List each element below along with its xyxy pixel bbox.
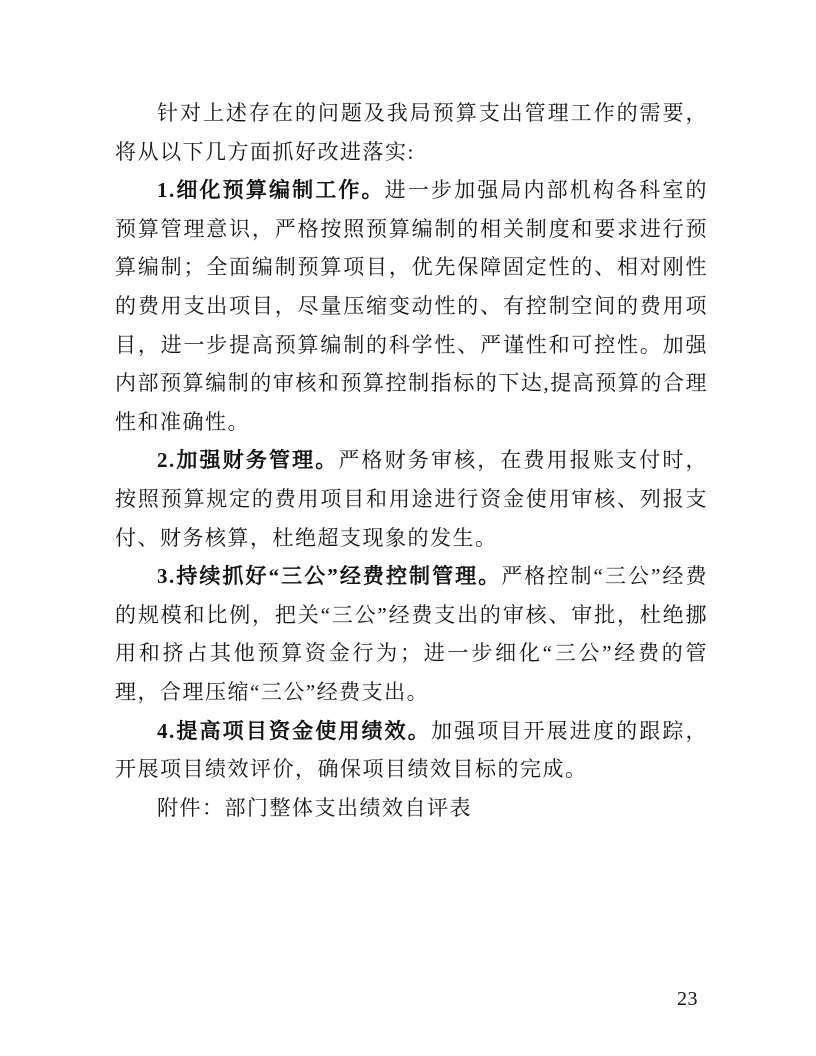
paragraph-item-3: 3.持续抓好“三公”经费控制管理。严格控制“三公”经费的规模和比例，把关“三公”… (115, 557, 708, 711)
paragraph-text: 针对上述存在的问题及我局预算支出管理工作的需要，将从以下几方面抓好改进落实: (115, 101, 708, 164)
paragraph-lead: 1.细化预算编制工作。 (157, 178, 385, 202)
paragraph-lead: 2.加强财务管理。 (157, 448, 338, 472)
paragraph-item-2: 2.加强财务管理。严格财务审核，在费用报账支付时，按照预算规定的费用项目和用途进… (115, 441, 708, 557)
paragraph-text: 附件：部门整体支出绩效自评表 (157, 796, 472, 820)
paragraph-intro: 针对上述存在的问题及我局预算支出管理工作的需要，将从以下几方面抓好改进落实: (115, 94, 708, 171)
paragraph-text: 进一步加强局内部机构各科室的预算管理意识，严格按照预算编制的相关制度和要求进行预… (115, 178, 708, 434)
document-page: 针对上述存在的问题及我局预算支出管理工作的需要，将从以下几方面抓好改进落实: 1… (0, 0, 816, 1056)
paragraph-attachment: 附件：部门整体支出绩效自评表 (115, 789, 708, 828)
paragraph-lead: 3.持续抓好“三公”经费控制管理。 (157, 564, 501, 588)
paragraph-item-4: 4.提高项目资金使用绩效。加强项目开展进度的跟踪，开展项目绩效评价，确保项目绩效… (115, 712, 708, 789)
paragraph-lead: 4.提高项目资金使用绩效。 (157, 719, 431, 743)
page-number: 23 (677, 988, 698, 1011)
document-body: 针对上述存在的问题及我局预算支出管理工作的需要，将从以下几方面抓好改进落实: 1… (115, 94, 708, 827)
paragraph-item-1: 1.细化预算编制工作。进一步加强局内部机构各科室的预算管理意识，严格按照预算编制… (115, 171, 708, 441)
